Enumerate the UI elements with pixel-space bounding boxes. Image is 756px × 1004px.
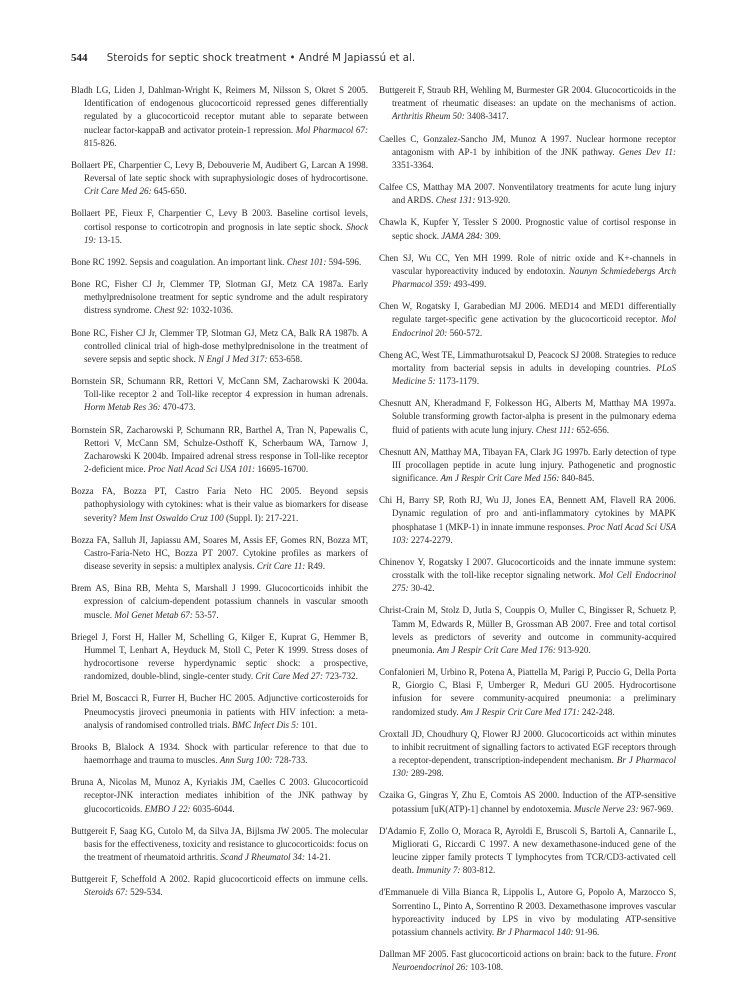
reference-item: Chen SJ, Wu CC, Yen MH 1999. Role of nit…	[379, 252, 676, 292]
reference-item: Croxtall JD, Choudhury Q, Flower RJ 2000…	[379, 728, 676, 781]
journal-ref: EMBO J 22:	[145, 804, 191, 814]
reference-item: Cheng AC, West TE, Limmathurotsakul D, P…	[379, 349, 676, 389]
reference-item: Dallman MF 2005. Fast glucocorticoid act…	[379, 948, 676, 974]
journal-ref: Horm Metab Res 36:	[84, 402, 161, 412]
journal-ref: Am J Respir Crit Care Med 176:	[437, 645, 556, 655]
journal-ref: Genes Dev 11:	[619, 147, 676, 157]
reference-item: Chesnutt AN, Kheradmand F, Folkesson HG,…	[379, 397, 676, 437]
references-left-column: Bladh LG, Liden J, Dahlman-Wright K, Rei…	[71, 84, 368, 909]
journal-ref: Chest 131:	[436, 195, 476, 205]
reference-item: Bone RC 1992. Sepsis and coagulation. An…	[71, 256, 368, 269]
reference-item: Bone RC, Fisher CJ Jr, Clemmer TP, Slotm…	[71, 278, 368, 318]
journal-ref: Crit Care 11:	[257, 561, 306, 571]
reference-item: Christ-Crain M, Stolz D, Jutla S, Couppi…	[379, 604, 676, 657]
reference-item: Chawla K, Kupfer Y, Tessler S 2000. Prog…	[379, 216, 676, 242]
journal-ref: Crit Care Med 27:	[255, 671, 323, 681]
journal-ref: Crit Care Med 26:	[84, 186, 152, 196]
reference-item: Briegel J, Forst H, Haller M, Schelling …	[71, 631, 368, 684]
journal-ref: Mem Inst Oswaldo Cruz 100	[119, 513, 224, 523]
reference-item: Buttgereit F, Straub RH, Wehling M, Burm…	[379, 84, 676, 124]
reference-item: Brooks B, Blalock A 1934. Shock with par…	[71, 741, 368, 767]
reference-item: Bornstein SR, Schumann RR, Rettori V, Mc…	[71, 375, 368, 415]
journal-ref: Am J Respir Crit Care Med 156:	[440, 473, 559, 483]
journal-ref: Muscle Nerve 23:	[574, 804, 639, 814]
reference-item: Bozza FA, Salluh JI, Japiassu AM, Soares…	[71, 534, 368, 574]
journal-ref: Mol Genet Metab 67:	[114, 610, 193, 620]
journal-ref: N Engl J Med 317:	[198, 354, 267, 364]
reference-item: Bozza FA, Bozza PT, Castro Faria Neto HC…	[71, 485, 368, 525]
reference-item: Briel M, Boscacci R, Furrer H, Bucher HC…	[71, 692, 368, 732]
journal-ref: Ann Surg 100:	[220, 755, 273, 765]
journal-ref: Chest 92:	[154, 305, 189, 315]
journal-ref: Scand J Rheumatol 34:	[220, 852, 305, 862]
reference-item: Buttgereit F, Scheffold A 2002. Rapid gl…	[71, 873, 368, 899]
reference-item: Czaika G, Gingras Y, Zhu E, Comtois AS 2…	[379, 789, 676, 815]
reference-item: Chen W, Rogatsky I, Garabedian MJ 2006. …	[379, 300, 676, 340]
reference-item: Bollaert PE, Fieux F, Charpentier C, Lev…	[71, 207, 368, 247]
journal-ref: Arthritis Rheum 50:	[392, 111, 465, 121]
reference-item: d'Emmanuele di Villa Bianca R, Lippolis …	[379, 886, 676, 939]
running-header: 544 Steroids for septic shock treatment …	[71, 52, 415, 64]
journal-ref: Chest 101:	[287, 257, 327, 267]
journal-ref: Am J Respir Crit Care Med 171:	[461, 707, 580, 717]
reference-item: Bone RC, Fisher CJ Jr, Clemmer TP, Slotm…	[71, 327, 368, 367]
reference-item: Chi H, Barry SP, Roth RJ, Wu JJ, Jones E…	[379, 494, 676, 547]
running-title: Steroids for septic shock treatment • An…	[107, 53, 415, 64]
journal-ref: Proc Natl Acad Sci USA 101:	[148, 464, 255, 474]
reference-item: Confalonieri M, Urbino R, Potena A, Piat…	[379, 666, 676, 719]
reference-item: Calfee CS, Matthay MA 2007. Nonventilato…	[379, 181, 676, 207]
reference-item: Bornstein SR, Zacharowski P, Schumann RR…	[71, 424, 368, 477]
reference-item: Caelles C, Gonzalez-Sancho JM, Munoz A 1…	[379, 133, 676, 173]
reference-item: Bruna A, Nicolas M, Munoz A, Kyriakis JM…	[71, 776, 368, 816]
reference-item: D'Adamio F, Zollo O, Moraca R, Ayroldi E…	[379, 825, 676, 878]
journal-ref: Chest 111:	[536, 425, 574, 435]
reference-item: Brem AS, Bina RB, Mehta S, Marshall J 19…	[71, 582, 368, 622]
journal-ref: JAMA 284:	[441, 231, 483, 241]
journal-ref: Immunity 7:	[416, 865, 460, 875]
journal-ref: Br J Pharmacol 140:	[496, 927, 573, 937]
journal-ref: BMC Infect Dis 5:	[232, 720, 299, 730]
reference-item: Chesnutt AN, Matthay MA, Tibayan FA, Cla…	[379, 446, 676, 486]
reference-item: Bollaert PE, Charpentier C, Levy B, Debo…	[71, 159, 368, 199]
journal-ref: Steroids 67:	[84, 887, 128, 897]
page-number: 544	[71, 52, 88, 64]
journal-ref: Mol Pharmacol 67:	[296, 125, 368, 135]
reference-item: Bladh LG, Liden J, Dahlman-Wright K, Rei…	[71, 84, 368, 150]
references-right-column: Buttgereit F, Straub RH, Wehling M, Burm…	[379, 84, 676, 983]
reference-item: Buttgereit F, Saag KG, Cutolo M, da Silv…	[71, 825, 368, 865]
reference-item: Chinenov Y, Rogatsky I 2007. Glucocortic…	[379, 556, 676, 596]
